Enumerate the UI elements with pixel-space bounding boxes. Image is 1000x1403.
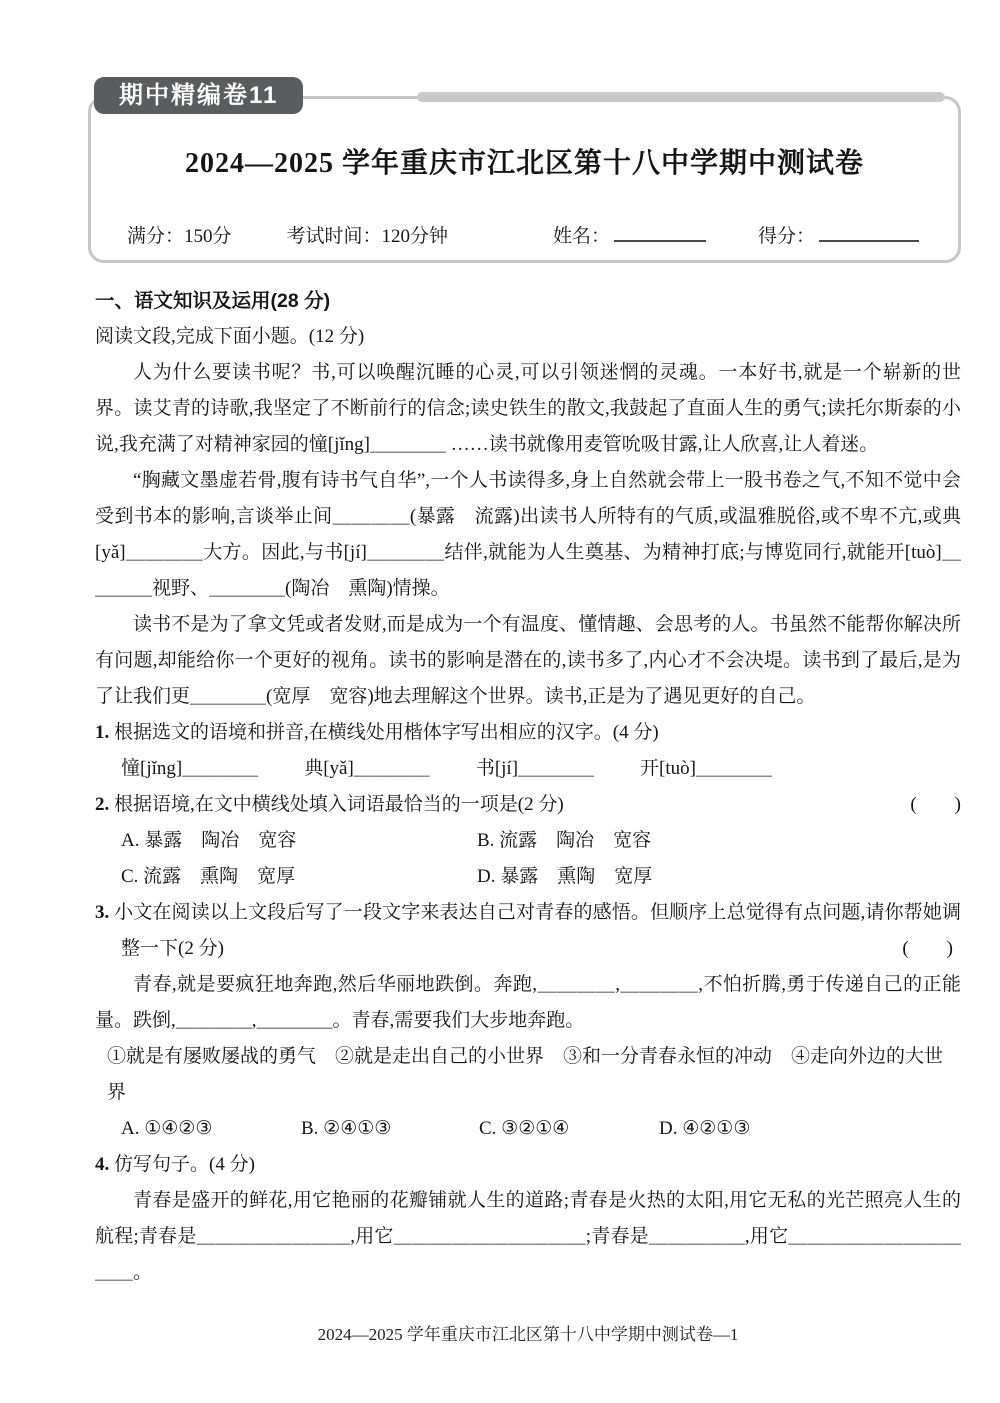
exam-title: 2024—2025 学年重庆市江北区第十八中学期中测试卷 bbox=[101, 141, 948, 181]
option-item-b: B. 流露 陶冶 宽容 bbox=[477, 823, 961, 859]
question-1-text: 根据选文的语境和拼音,在横线处用楷体字写出相应的汉字。(4 分) bbox=[114, 722, 659, 743]
question-4-stem: 4. 仿写句子。(4 分) bbox=[95, 1147, 961, 1183]
decorative-top-bar bbox=[417, 92, 945, 102]
option-item-d: D. ④②①③ bbox=[659, 1111, 961, 1147]
page-footer: 2024—2025 学年重庆市江北区第十八中学期中测试卷—1 bbox=[95, 1320, 961, 1345]
exam-time-label: 考试时间：120分钟 bbox=[287, 221, 449, 248]
question-1-stem: 1. 根据选文的语境和拼音,在横线处用楷体字写出相应的汉字。(4 分) bbox=[95, 715, 961, 751]
pinyin-blank-item: 开[tuò]＿＿＿＿ bbox=[640, 751, 772, 787]
question-4-number: 4. bbox=[95, 1154, 109, 1175]
reading-paragraph-1: 人为什么要读书呢？书,可以唤醒沉睡的心灵,可以引领迷惘的灵魂。一本好书,就是一个… bbox=[95, 355, 961, 463]
name-blank-line bbox=[614, 236, 706, 242]
question-4-text: 仿写句子。(4 分) bbox=[114, 1154, 255, 1175]
question-2-options-row-1: A. 暴露 陶冶 宽容 B. 流露 陶冶 宽容 bbox=[95, 823, 961, 859]
question-1-blanks: 憧[jǐng]＿＿＿＿ 典[yǎ]＿＿＿＿ 书[jí]＿＿＿＿ 开[tuò]＿＿… bbox=[95, 751, 961, 787]
question-3-number: 3. bbox=[95, 902, 109, 923]
title-frame: 2024—2025 学年重庆市江北区第十八中学期中测试卷 满分：150分 考试时… bbox=[88, 96, 961, 263]
question-3-stem: 3. 小文在阅读以上文段后写了一段文字来表达自己对青春的感悟。但顺序上总觉得有点… bbox=[95, 895, 961, 967]
section-heading: 一、语文知识及运用(28 分) bbox=[95, 283, 961, 319]
score-label: 得分： bbox=[758, 226, 815, 247]
question-2-stem: 2. 根据语境,在文中横线处填入词语最恰当的一项是(2 分) ( ) bbox=[95, 787, 961, 823]
name-label: 姓名： bbox=[553, 226, 610, 247]
question-2-options-row-2: C. 流露 熏陶 宽厚 D. 暴露 熏陶 宽厚 bbox=[95, 859, 961, 895]
question-3-text: 小文在阅读以上文段后写了一段文字来表达自己对青春的感悟。但顺序上总觉得有点问题,… bbox=[114, 902, 961, 959]
question-1-number: 1. bbox=[95, 722, 109, 743]
option-item-a: A. 暴露 陶冶 宽容 bbox=[121, 823, 477, 859]
full-score-label: 满分：150分 bbox=[127, 221, 232, 248]
option-item-c: C. 流露 熏陶 宽厚 bbox=[121, 859, 477, 895]
question-3-options-row: A. ①④②③ B. ②④①③ C. ③②①④ D. ④②①③ bbox=[95, 1111, 961, 1147]
question-2-line: 2. 根据语境,在文中横线处填入词语最恰当的一项是(2 分) bbox=[121, 787, 564, 823]
option-item-a: A. ①④②③ bbox=[121, 1111, 301, 1147]
pinyin-blank-item: 书[jí]＿＿＿＿ bbox=[476, 751, 594, 787]
exam-badge: 期中精编卷11 bbox=[94, 77, 303, 114]
exam-info-row: 满分：150分 考试时间：120分钟 姓名： 得分： bbox=[127, 221, 930, 248]
option-item-c: C. ③②①④ bbox=[479, 1111, 659, 1147]
question-4-passage: 青春是盛开的鲜花,用它艳丽的花瓣铺就人生的道路;青春是火热的太阳,用它无私的光芒… bbox=[95, 1183, 961, 1291]
question-2-number: 2. bbox=[95, 794, 109, 815]
score-blank-line bbox=[819, 236, 919, 242]
exam-content: 一、语文知识及运用(28 分) 阅读文段,完成下面小题。(12 分) 人为什么要… bbox=[95, 283, 961, 1291]
passage-intro: 阅读文段,完成下面小题。(12 分) bbox=[95, 319, 961, 355]
reading-paragraph-2: “胸藏文墨虚若骨,腹有诗书气自华”,一个人书读得多,身上自然就会带上一股书卷之气… bbox=[95, 463, 961, 607]
question-3-sentence-items: ①就是有屡败屡战的勇气 ②就是走出自己的小世界 ③和一分青春永恒的冲动 ④走向外… bbox=[95, 1039, 961, 1111]
answer-bracket: ( ) bbox=[936, 787, 961, 823]
question-3-passage: 青春,就是要疯狂地奔跑,然后华丽地跌倒。奔跑,＿＿＿＿,＿＿＿＿,不怕折腾,勇于… bbox=[95, 967, 961, 1039]
question-2-text: 根据语境,在文中横线处填入词语最恰当的一项是(2 分) bbox=[114, 794, 564, 815]
option-item-b: B. ②④①③ bbox=[301, 1111, 479, 1147]
pinyin-blank-item: 典[yǎ]＿＿＿＿ bbox=[304, 751, 430, 787]
name-field: 姓名： bbox=[553, 221, 706, 248]
answer-bracket: ( ) bbox=[902, 931, 953, 967]
reading-paragraph-3: 读书不是为了拿文凭或者发财,而是成为一个有温度、懂情趣、会思考的人。书虽然不能帮… bbox=[95, 607, 961, 715]
pinyin-blank-item: 憧[jǐng]＿＿＿＿ bbox=[121, 751, 258, 787]
score-field: 得分： bbox=[758, 221, 919, 248]
exam-page: 期中精编卷11 2024—2025 学年重庆市江北区第十八中学期中测试卷 满分：… bbox=[0, 0, 1000, 1403]
option-item-d: D. 暴露 熏陶 宽厚 bbox=[477, 859, 961, 895]
